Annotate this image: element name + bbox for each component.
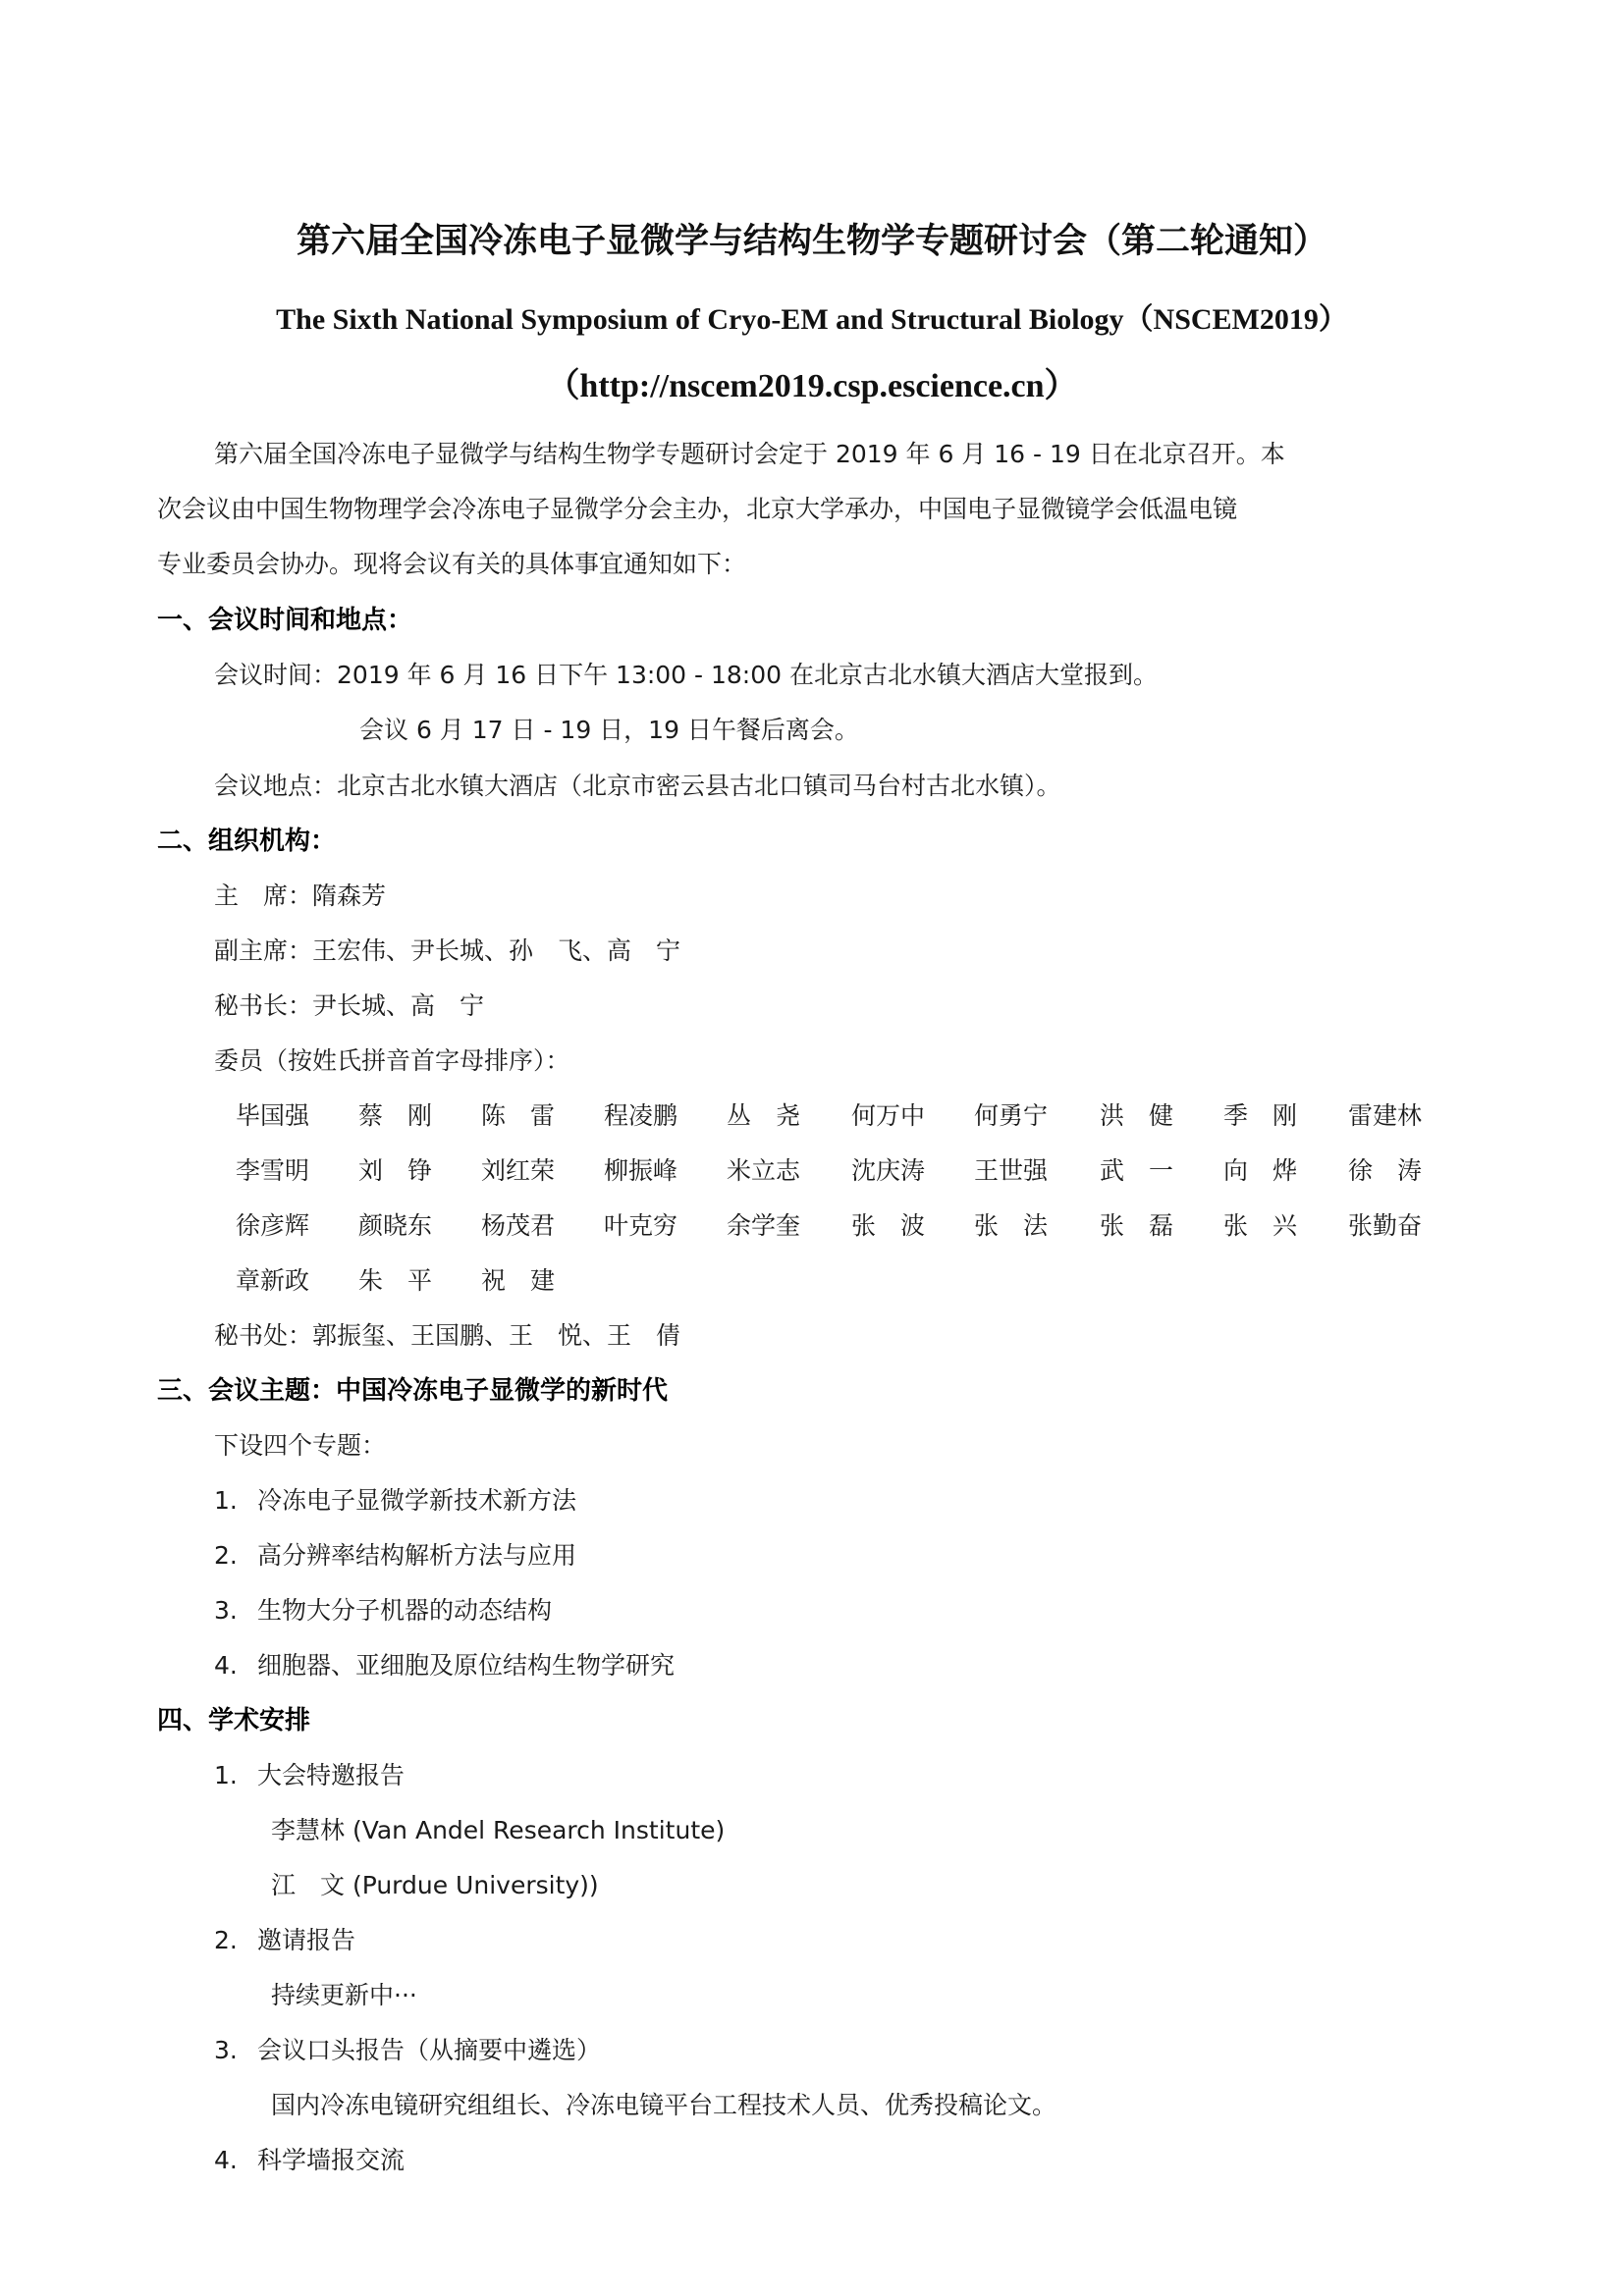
- intro-line-1: 第六届全国冷冻电子显微学与结构生物学专题研讨会定于 2019 年 6 月 16 …: [214, 440, 1285, 469]
- meeting-place-label: 会议地点：: [214, 772, 337, 800]
- member-name: 程凌鹏: [604, 1101, 677, 1131]
- website-url: （http://nscem2019.csp.escience.cn）: [0, 358, 1624, 406]
- member-name: 张 法: [974, 1211, 1048, 1241]
- section-heading-organization: 二、组织机构：: [157, 827, 336, 856]
- topic-item: 3. 生物大分子机器的动态结构: [214, 1596, 552, 1626]
- member-name: 张勤奋: [1348, 1211, 1422, 1241]
- member-name: 徐彦辉: [236, 1211, 309, 1241]
- secretariat: 秘书处：郭振玺、王国鹏、王 悦、王 倩: [214, 1321, 680, 1351]
- member-name: 米立志: [727, 1156, 800, 1186]
- member-name: 丛 尧: [727, 1101, 800, 1131]
- member-name: 叶克穷: [604, 1211, 677, 1241]
- meeting-time: 会议时间：2019 年 6 月 16 日下午 13:00 - 18:00 在北京…: [214, 661, 1158, 690]
- topic-item: 2. 高分辨率结构解析方法与应用: [214, 1541, 576, 1571]
- title-chinese: 第六届全国冷冻电子显微学与结构生物学专题研讨会（第二轮通知）: [0, 214, 1624, 263]
- invited-note: 持续更新中···: [271, 1981, 417, 2010]
- member-name: 陈 雷: [481, 1101, 555, 1131]
- member-name: 洪 健: [1100, 1101, 1173, 1131]
- intro-line-3: 专业委员会协办。现将会议有关的具体事宜通知如下：: [157, 550, 746, 579]
- section-heading-time-place: 一、会议时间和地点：: [157, 606, 412, 635]
- member-name: 季 刚: [1223, 1101, 1297, 1131]
- member-name: 王世强: [974, 1156, 1048, 1186]
- member-name: 李雪明: [236, 1156, 309, 1186]
- chair: 主 席：隋森芳: [214, 881, 386, 911]
- member-name: 武 一: [1100, 1156, 1173, 1186]
- meeting-time-value: 2019 年 6 月 16 日下午 13:00 - 18:00 在北京古北水镇大…: [337, 661, 1158, 689]
- secretary-general: 秘书长：尹长城、高 宁: [214, 991, 484, 1021]
- member-name: 张 兴: [1223, 1211, 1297, 1241]
- academic-item-invited: 2. 邀请报告: [214, 1926, 355, 1955]
- member-name: 刘 铮: [358, 1156, 432, 1186]
- vice-chair: 副主席：王宏伟、尹长城、孙 飞、高 宁: [214, 936, 680, 966]
- member-name: 毕国强: [236, 1101, 309, 1131]
- member-name: 张 磊: [1100, 1211, 1173, 1241]
- members-label: 委员（按姓氏拼音首字母排序）：: [214, 1046, 570, 1076]
- member-name: 章新政: [236, 1266, 309, 1296]
- member-name: 何万中: [851, 1101, 925, 1131]
- document-page: 第六届全国冷冻电子显微学与结构生物学专题研讨会（第二轮通知） The Sixth…: [0, 0, 1624, 2296]
- member-name: 余学奎: [727, 1211, 800, 1241]
- academic-item-oral: 3. 会议口头报告（从摘要中遴选）: [214, 2036, 601, 2065]
- member-name: 祝 建: [481, 1266, 555, 1296]
- oral-note: 国内冷冻电镜研究组组长、冷冻电镜平台工程技术人员、优秀投稿论文。: [271, 2091, 1056, 2120]
- member-name: 柳振峰: [604, 1156, 677, 1186]
- academic-item-poster: 4. 科学墙报交流: [214, 2146, 405, 2175]
- topic-item: 1. 冷冻电子显微学新技术新方法: [214, 1486, 576, 1516]
- keynote-speaker: 李慧林 (Van Andel Research Institute): [271, 1816, 725, 1845]
- meeting-dates: 会议 6 月 17 日 - 19 日，19 日午餐后离会。: [359, 716, 859, 745]
- meeting-place: 会议地点：北京古北水镇大酒店（北京市密云县古北口镇司马台村古北水镇）。: [214, 772, 1061, 801]
- member-name: 向 烨: [1223, 1156, 1297, 1186]
- meeting-time-label: 会议时间：: [214, 661, 337, 689]
- academic-item-keynote: 1. 大会特邀报告: [214, 1761, 405, 1790]
- member-name: 刘红荣: [481, 1156, 555, 1186]
- member-name: 雷建林: [1348, 1101, 1422, 1131]
- member-name: 何勇宁: [974, 1101, 1048, 1131]
- member-name: 朱 平: [358, 1266, 432, 1296]
- meeting-place-value: 北京古北水镇大酒店（北京市密云县古北口镇司马台村古北水镇）。: [337, 772, 1061, 800]
- topics-intro: 下设四个专题：: [214, 1431, 386, 1461]
- member-name: 颜晓东: [358, 1211, 432, 1241]
- member-name: 张 波: [851, 1211, 925, 1241]
- section-heading-academic: 四、学术安排: [157, 1706, 310, 1735]
- keynote-speaker: 江 文 (Purdue University)): [271, 1871, 599, 1900]
- title-english: The Sixth National Symposium of Cryo-EM …: [0, 294, 1624, 338]
- section-heading-theme: 三、会议主题：中国冷冻电子显微学的新时代: [157, 1376, 668, 1406]
- intro-line-2: 次会议由中国生物物理学会冷冻电子显微学分会主办，北京大学承办，中国电子显微镜学会…: [157, 495, 1237, 524]
- member-name: 沈庆涛: [851, 1156, 925, 1186]
- member-name: 杨茂君: [481, 1211, 555, 1241]
- member-name: 蔡 刚: [358, 1101, 432, 1131]
- topic-item: 4. 细胞器、亚细胞及原位结构生物学研究: [214, 1651, 675, 1681]
- member-name: 徐 涛: [1348, 1156, 1422, 1186]
